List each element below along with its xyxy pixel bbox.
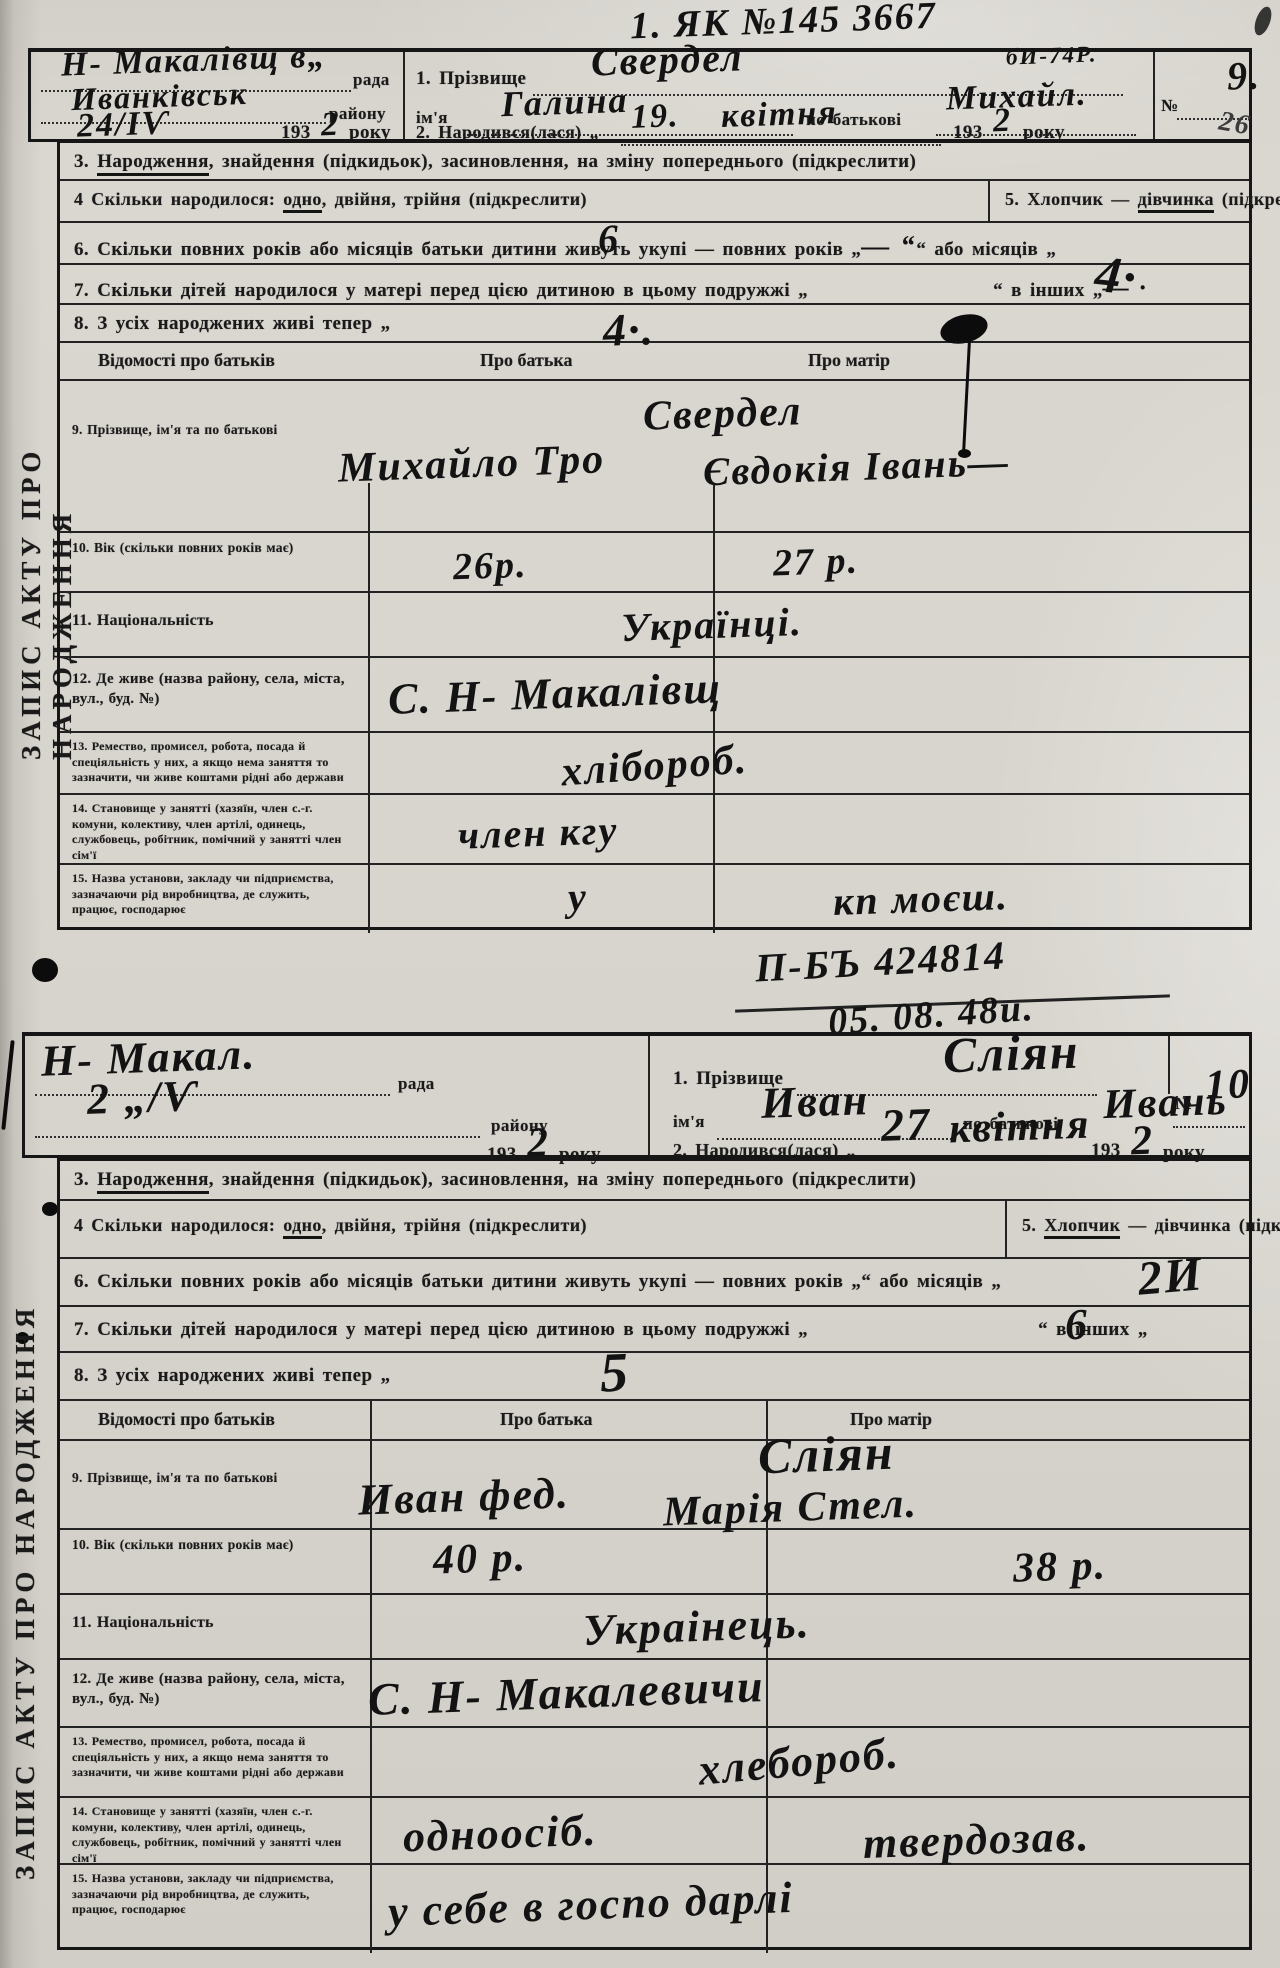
field7-label: 7. Скільки дітей народилося у матері пер… xyxy=(74,1319,808,1340)
field6-years-hw: 2И xyxy=(1136,1250,1205,1304)
field7-label-b: “ в інших „ xyxy=(1038,1319,1148,1340)
field10-mother-hw: 38 р. xyxy=(1012,1544,1107,1589)
record1-main-box: 3. Народження, знайдення (підкидьок), за… xyxy=(57,140,1252,930)
field11-label: 11. Національність xyxy=(60,1595,358,1634)
parents-header-father: Про батька xyxy=(500,1409,593,1430)
field10-label: 10. Вік (скільки повних років має) xyxy=(60,1530,358,1554)
header-divider xyxy=(648,1036,650,1155)
field10-row: 10. Вік (скільки повних років має) 26р. … xyxy=(60,533,1249,593)
field15-row: 15. Назва установи, закладу чи підприємс… xyxy=(60,1865,1249,1953)
birth-year-digit-hw: 2 xyxy=(992,104,1012,139)
field13-value-hw: хлебороб. xyxy=(696,1731,901,1792)
number-sign: № xyxy=(1175,1094,1192,1114)
field10-father-hw: 40 р. xyxy=(432,1536,527,1581)
field11-row: 11. Національність Українці. xyxy=(60,593,1249,658)
field3-label-rest: , знайдення (підкидьок), засиновлення, н… xyxy=(209,151,916,172)
field13-row: 13. Ремество, промисел, робота, посада й… xyxy=(60,733,1249,795)
field9-row: 9. Прізвище, ім'я та по батькові Свердел… xyxy=(60,381,1249,533)
name-hw: Галина xyxy=(500,82,629,122)
field15-value-hw: у себе в госпо дарлі xyxy=(387,1876,794,1934)
field8-row: 8. З усіх народжених живі тепер „ 5 xyxy=(60,1353,1249,1401)
field5-boy-word: Хлопчик xyxy=(1044,1215,1120,1239)
field5-dash: — xyxy=(1103,189,1137,209)
field8-label: 8. З усіх народжених живі тепер „ xyxy=(74,1365,391,1386)
field11-value-hw: Украінець. xyxy=(582,1601,811,1653)
birth-month-hw: квітня xyxy=(948,1104,1091,1151)
field7-row: 7. Скільки дітей народилося у матері пер… xyxy=(60,265,1249,305)
parents-header-father: Про батька xyxy=(480,350,573,371)
field11-label: 11. Національність xyxy=(60,593,358,632)
birth-month-hw: квітня xyxy=(720,96,838,134)
field3-underlined-word: Народження xyxy=(97,151,209,176)
field4-5-divider xyxy=(988,181,990,223)
field5-label-rest: (підкреслити) xyxy=(1214,189,1280,209)
field6-label-b: “ або місяців „ xyxy=(861,1271,1001,1292)
number-sign: № xyxy=(1161,96,1178,116)
field10-row: 10. Вік (скільки повних років має) 40 р.… xyxy=(60,1530,1249,1595)
field3-row: 3. Народження, знайдення (підкидьок), за… xyxy=(60,1161,1249,1201)
field12-label: 12. Де живе (назва району, села, міста, … xyxy=(60,658,358,709)
field9-father-hw: Иван фед. xyxy=(357,1471,570,1522)
field9-label: 9. Прізвище, ім'я та по батькові xyxy=(60,381,358,439)
field5-boy-word: Хлопчик xyxy=(1027,189,1103,209)
corner-scribble xyxy=(1251,5,1274,38)
field11-row: 11. Національність Украінець. xyxy=(60,1595,1249,1660)
field4-5-row: 4 Скільки народилося: одно, двійня, трій… xyxy=(60,181,1249,223)
field6-years-hw: 6 xyxy=(597,219,620,260)
field14-label: 14. Становище у занятті (хазяїн, член с.… xyxy=(60,1798,358,1866)
field7-before-hw: 4· xyxy=(1092,249,1140,305)
parents-header-col1: Відомості про батьків xyxy=(98,1409,275,1430)
birth-year-digit-hw: 2 xyxy=(1130,1120,1154,1163)
record-number-hw: 10 xyxy=(1204,1063,1251,1107)
field4-underlined-word: одно xyxy=(283,1215,322,1239)
field3-label-rest: , знайдення (підкидьок), засиновлення, н… xyxy=(209,1169,916,1190)
patronymic-hw: Михайл. xyxy=(945,78,1088,117)
field15-father-hw: у xyxy=(567,877,588,918)
birth-day-hw: 27 xyxy=(880,1101,932,1149)
field9-father-hw: Михайло Тро xyxy=(337,438,605,489)
parents-table-header: Відомості про батьків Про батька Про мат… xyxy=(60,1401,1249,1441)
field4-label-rest: , двійня, трійня (підкреслити) xyxy=(322,1215,587,1235)
registration-date-hw: 24/ІѴ xyxy=(76,106,170,143)
dirt-spot xyxy=(42,1202,58,1216)
field4-5-row: 4 Скільки народилося: одно, двійня, трій… xyxy=(60,1201,1249,1259)
field3-label: 3. xyxy=(74,151,97,172)
rada-label: рада xyxy=(353,70,390,90)
field5-girl-word: дівчинка xyxy=(1138,189,1214,213)
record2-main-box: 3. Народження, знайдення (підкидьок), за… xyxy=(57,1158,1252,1950)
dotted-leader xyxy=(1173,1126,1245,1128)
number-cell-divider xyxy=(1153,52,1155,139)
field10-mother-hw: 27 р. xyxy=(772,542,859,583)
field9-surname-hw: Сліян xyxy=(757,1427,895,1482)
field5-girl-word: дівчинка xyxy=(1155,1215,1231,1235)
field7-label-b: “ в інших „ xyxy=(993,280,1103,301)
field4-label-rest: , двійня, трійня (підкреслити) xyxy=(322,189,587,209)
header-divider xyxy=(403,52,405,139)
field14-mother-hw: твердозав. xyxy=(862,1814,1091,1866)
parents-header-mother: Про матір xyxy=(808,350,890,371)
field6-label: 6. Скільки повних років або місяців бать… xyxy=(74,1271,861,1292)
rada-label: рада xyxy=(398,1074,435,1094)
surname-hw: Сліян xyxy=(942,1026,1080,1081)
field7-row: 7. Скільки дітей народилося у матері пер… xyxy=(60,1307,1249,1353)
ink-dot xyxy=(958,449,971,458)
dotted-leader xyxy=(35,1136,480,1138)
field15-mother-hw: кп моєш. xyxy=(832,876,1009,922)
surname-hw: Свердел xyxy=(590,37,744,82)
field3-underlined-word: Народження xyxy=(97,1169,209,1194)
field15-label: 15. Назва установи, закладу чи підприємс… xyxy=(60,865,358,918)
field14-row: 14. Становище у занятті (хазяїн, член с.… xyxy=(60,795,1249,865)
field12-value-hw: С. Н- Макалівщ xyxy=(387,666,722,722)
field7-before-hw: 6 xyxy=(1064,1303,1090,1348)
field9-label: 9. Прізвище, ім'я та по батькові xyxy=(60,1441,358,1487)
birth-day-hw: 19. xyxy=(630,99,680,135)
field13-value-hw: хлібороб. xyxy=(560,739,750,794)
punch-hole-mark xyxy=(32,958,58,982)
field9-row: 9. Прізвище, ім'я та по батькові Сліян И… xyxy=(60,1441,1249,1530)
record-number-hw: 9. xyxy=(1226,55,1261,96)
field4-label: 4 Скільки народилося: xyxy=(74,189,283,209)
field14-father-hw: член кгу xyxy=(457,810,619,856)
blank-serial-hw: П-БЪ 424814 xyxy=(754,935,1007,988)
pen-stroke-margin xyxy=(1,1040,14,1130)
field13-label: 13. Ремество, промисел, робота, посада й… xyxy=(60,733,358,786)
margin-note-hw: бИ-74Р. xyxy=(1006,42,1098,68)
field7-label: 7. Скільки дітей народилося у матері пер… xyxy=(74,280,808,301)
field4-underlined-word: одно xyxy=(283,189,322,213)
field4-label: 4 Скільки народилося: xyxy=(74,1215,283,1235)
field8-alive-hw: 5 xyxy=(599,1344,631,1401)
field6-row: 6. Скільки повних років або місяців бать… xyxy=(60,223,1249,265)
field5-dash: — xyxy=(1120,1215,1154,1235)
field3-row: 3. Народження, знайдення (підкидьок), за… xyxy=(60,143,1249,181)
year-digit-hw: 2 xyxy=(320,108,340,143)
parents-header-col1: Відомості про батьків xyxy=(98,350,275,371)
field10-label: 10. Вік (скільки повних років має) xyxy=(60,533,358,557)
field12-label: 12. Де живе (назва району, села, міста, … xyxy=(60,1660,358,1709)
field11-value-hw: Українці. xyxy=(620,602,803,648)
scanned-birth-register-page: 1. ЯК №145 3667 ЗАПИС АКТУ ПРО НАРОДЖЕНН… xyxy=(0,0,1280,1968)
field9-surname-hw: Свердел xyxy=(642,390,803,438)
field6-label-b: “ або місяців „ xyxy=(916,239,1056,260)
field14-label: 14. Становище у занятті (хазяїн, член с.… xyxy=(60,795,358,863)
registration-date-hw: 2 „/Ѵ xyxy=(86,1074,199,1122)
field13-row: 13. Ремество, промисел, робота, посада й… xyxy=(60,1728,1249,1798)
field5-label-rest: (підкреслити) xyxy=(1231,1215,1280,1235)
field4-5-divider xyxy=(1005,1201,1007,1259)
sidebar-title-record2: ЗАПИС АКТУ ПРО НАРОДЖЕННЯ xyxy=(10,1235,41,1880)
field14-row: 14. Становище у занятті (хазяїн, член с.… xyxy=(60,1798,1249,1865)
field9-mother-hw: Марія Стел. xyxy=(662,1483,918,1534)
field12-row: 12. Де живе (назва району, села, міста, … xyxy=(60,658,1249,733)
field6-label: 6. Скільки повних років або місяців бать… xyxy=(74,239,861,260)
field8-row: 8. З усіх народжених живі тепер „ 4·. xyxy=(60,305,1249,343)
field10-father-hw: 26р. xyxy=(452,546,528,587)
record2-header-box: Н- Макал. рада 2 „/Ѵ району 193 2 року 1… xyxy=(22,1032,1252,1158)
parents-table-header: Відомості про батьків Про батька Про мат… xyxy=(60,343,1249,381)
field3-label: 3. xyxy=(74,1169,97,1190)
field5-label: 5. xyxy=(1005,189,1027,209)
field8-label: 8. З усіх народжених живі тепер „ xyxy=(74,313,391,334)
field12-value-hw: С. Н- Макалевичи xyxy=(367,1663,765,1723)
field14-father-hw: одноосіб. xyxy=(402,1809,598,1860)
field15-row: 15. Назва установи, закладу чи підприємс… xyxy=(60,865,1249,933)
name-hw: Иван xyxy=(760,1078,869,1126)
field5-label: 5. xyxy=(1022,1215,1044,1235)
field15-label: 15. Назва установи, закладу чи підприємс… xyxy=(60,1865,358,1918)
field6-months-hw: — “ xyxy=(861,231,916,262)
field12-row: 12. Де живе (назва району, села, міста, … xyxy=(60,1660,1249,1728)
record1-header-box: Н- Макалівщ в„ рада Иванківськ району 24… xyxy=(28,48,1252,142)
name-label: ім'я xyxy=(673,1112,705,1132)
field13-label: 13. Ремество, промисел, робота, посада й… xyxy=(60,1728,358,1781)
corner-note-hw: 26 xyxy=(1217,107,1253,140)
